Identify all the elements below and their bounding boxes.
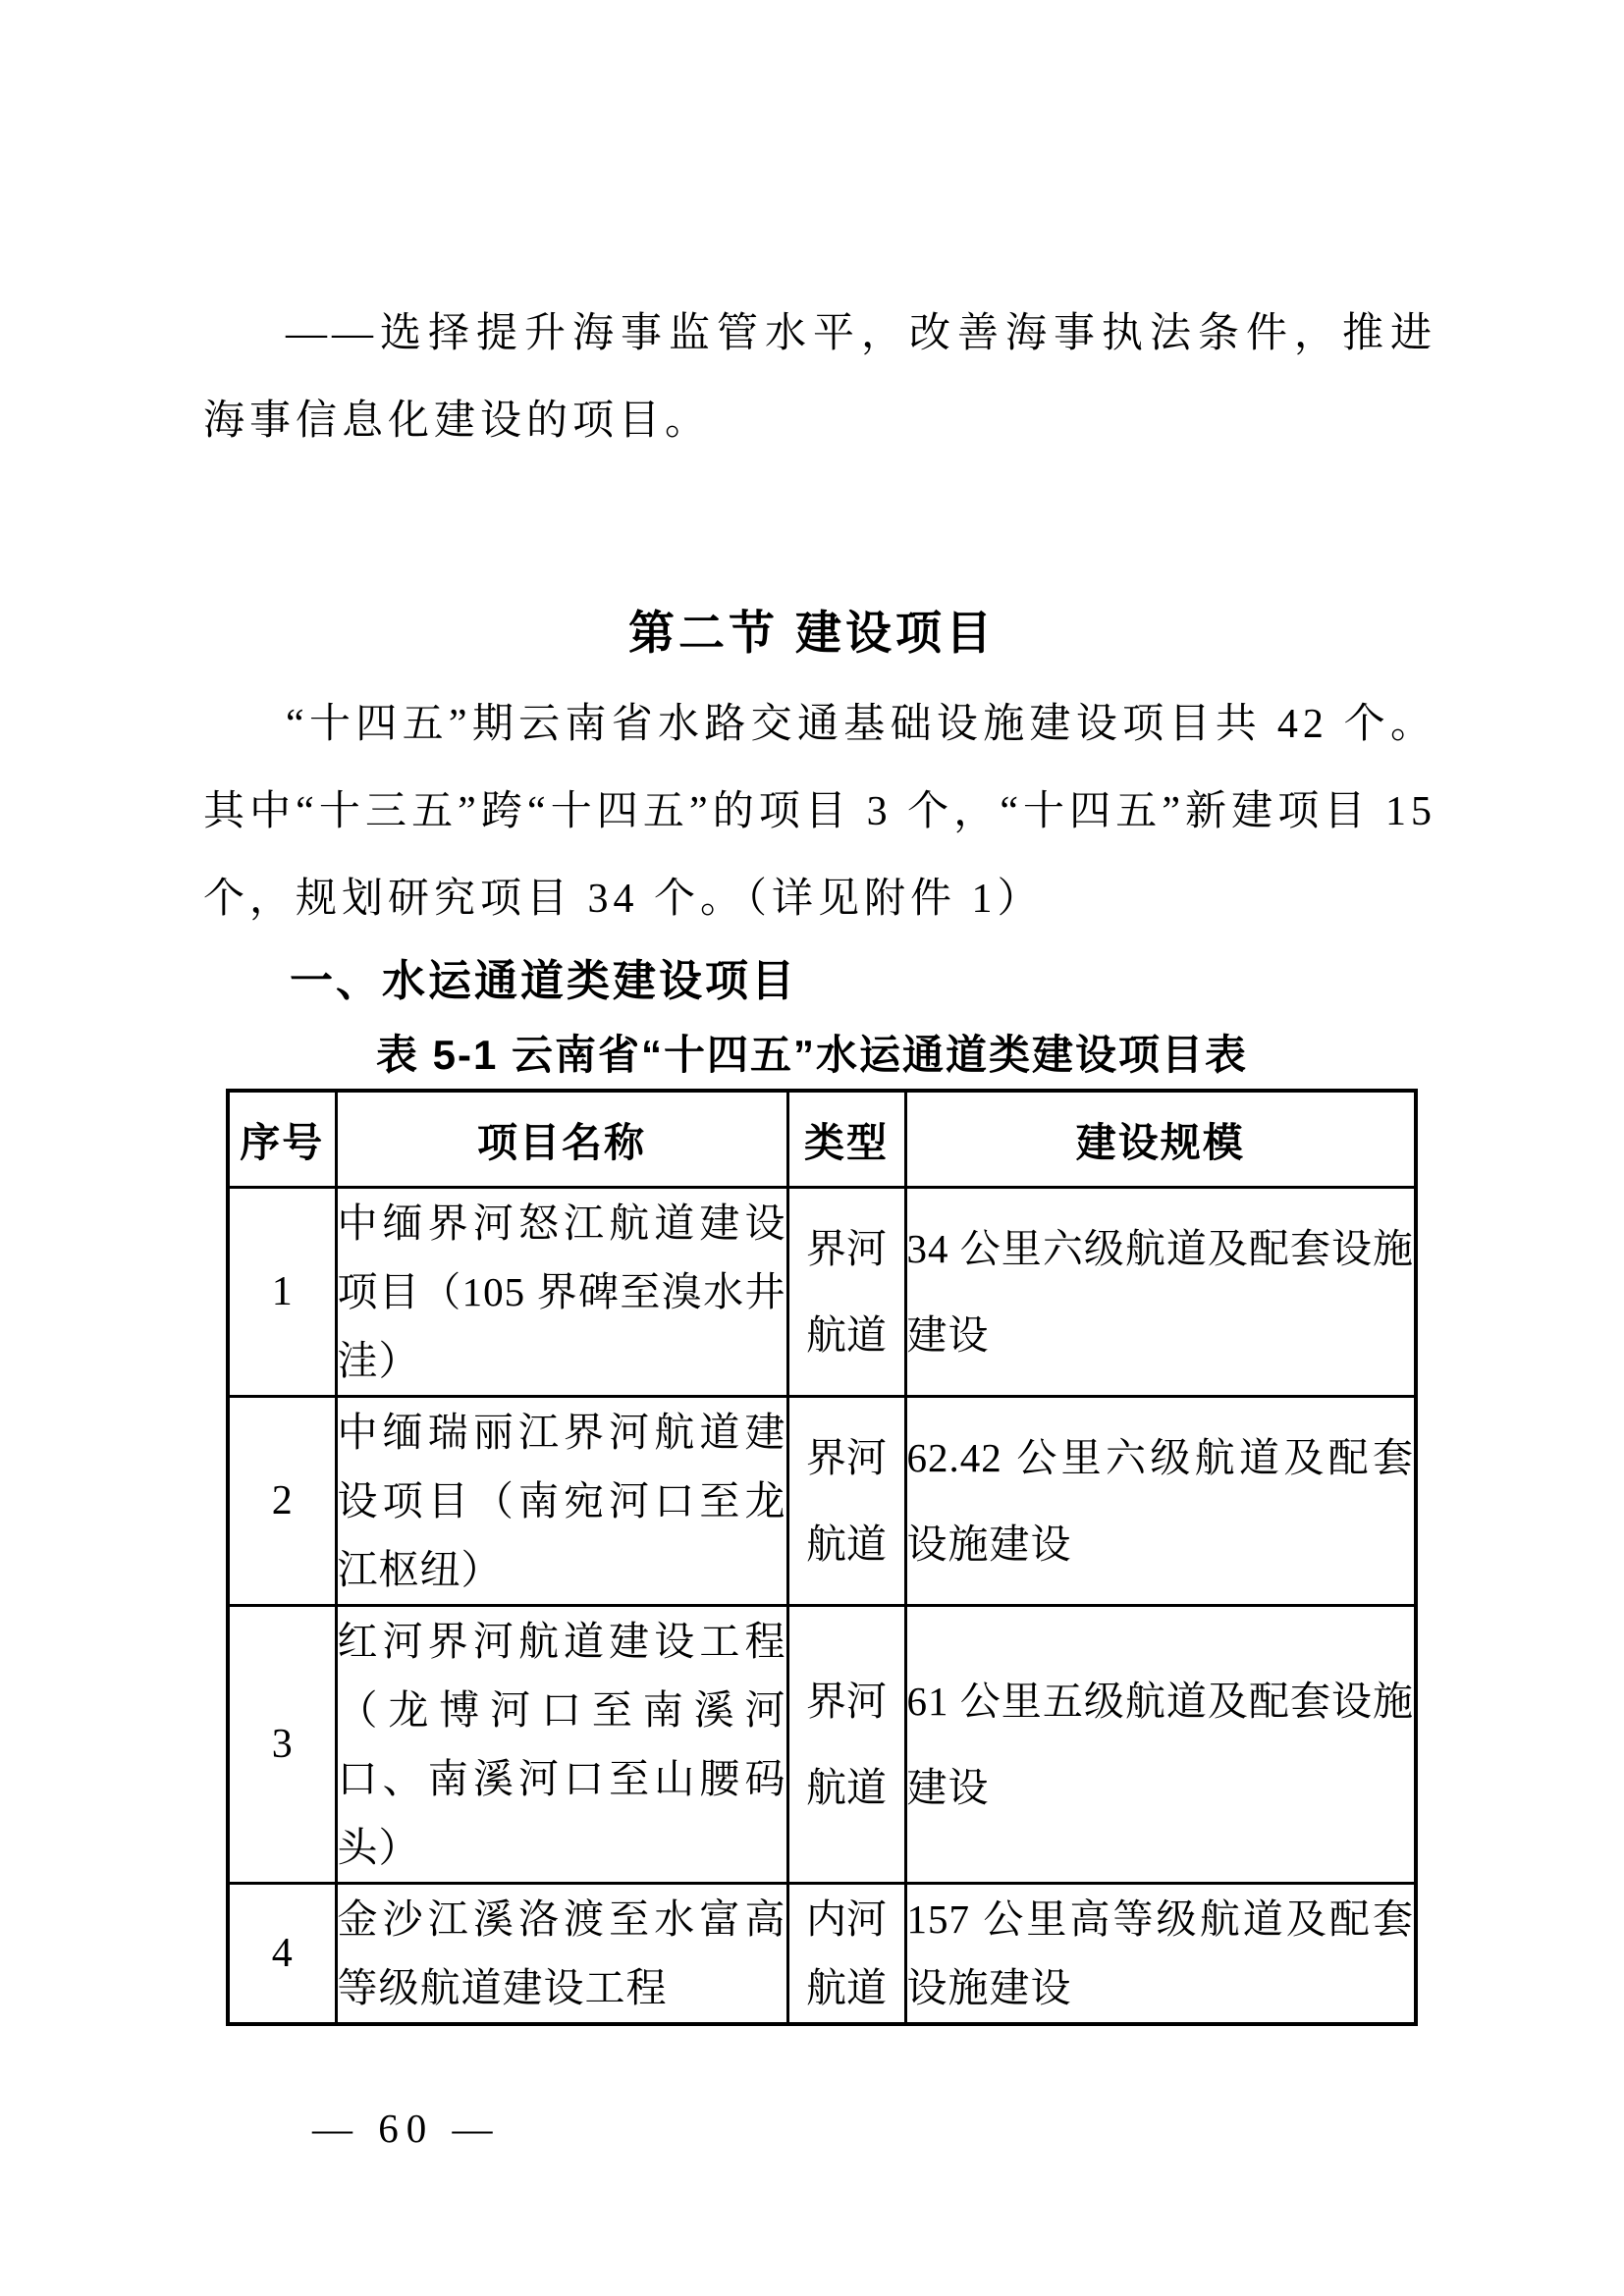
project-name: 中缅瑞丽江界河航道建设项目（南宛河口至龙江枢纽）: [336, 1397, 787, 1606]
table-row: 4 金沙江溪洛渡至水富高等级航道建设工程 内河航道 157 公里高等级航道及配套…: [228, 1884, 1416, 2025]
table-row: 1 中缅界河怒江航道建设项目（105 界碑至溴水井洼） 界河航道 34 公里六级…: [228, 1188, 1416, 1397]
row-number: 1: [228, 1188, 336, 1397]
project-type: 界河航道: [787, 1606, 905, 1884]
row-number: 4: [228, 1884, 336, 2025]
subsection-heading: 一、水运通道类建设项目: [203, 945, 1436, 1008]
page-number: — 60 —: [312, 2105, 501, 2152]
row-number: 3: [228, 1606, 336, 1884]
header-type: 类型: [787, 1091, 905, 1188]
project-type: 界河航道: [787, 1188, 905, 1397]
paragraph-maritime-projects: ——选择提升海事监管水平，改善海事执法条件，推进海事信息化建设的项目。: [203, 291, 1436, 465]
table-row: 3 红河界河航道建设工程（龙博河口至南溪河口、南溪河口至山腰码头） 界河航道 6…: [228, 1606, 1416, 1884]
project-type: 界河航道: [787, 1397, 905, 1606]
section-heading: 第二节 建设项目: [0, 597, 1624, 663]
table-caption: 表 5-1 云南省“十四五”水运通道类建设项目表: [0, 1023, 1624, 1082]
table-header-row: 序号 项目名称 类型 建设规模: [228, 1091, 1416, 1188]
project-scale: 61 公里五级航道及配套设施建设: [905, 1606, 1416, 1884]
row-number: 2: [228, 1397, 336, 1606]
header-scale: 建设规模: [905, 1091, 1416, 1188]
project-name: 红河界河航道建设工程（龙博河口至南溪河口、南溪河口至山腰码头）: [336, 1606, 787, 1884]
document-page: ——选择提升海事监管水平，改善海事执法条件，推进海事信息化建设的项目。 第二节 …: [0, 0, 1624, 2296]
paragraph-project-counts: “十四五”期云南省水路交通基础设施建设项目共 42 个。其中“十三五”跨“十四五…: [203, 681, 1436, 943]
project-type: 内河航道: [787, 1884, 905, 2025]
project-name: 金沙江溪洛渡至水富高等级航道建设工程: [336, 1884, 787, 2025]
project-scale: 157 公里高等级航道及配套设施建设: [905, 1884, 1416, 2025]
header-seq-no: 序号: [228, 1091, 336, 1188]
table-row: 2 中缅瑞丽江界河航道建设项目（南宛河口至龙江枢纽） 界河航道 62.42 公里…: [228, 1397, 1416, 1606]
project-name: 中缅界河怒江航道建设项目（105 界碑至溴水井洼）: [336, 1188, 787, 1397]
projects-table: 序号 项目名称 类型 建设规模 1 中缅界河怒江航道建设项目（105 界碑至溴水…: [226, 1089, 1418, 2026]
project-scale: 34 公里六级航道及配套设施建设: [905, 1188, 1416, 1397]
project-scale: 62.42 公里六级航道及配套设施建设: [905, 1397, 1416, 1606]
header-project-name: 项目名称: [336, 1091, 787, 1188]
